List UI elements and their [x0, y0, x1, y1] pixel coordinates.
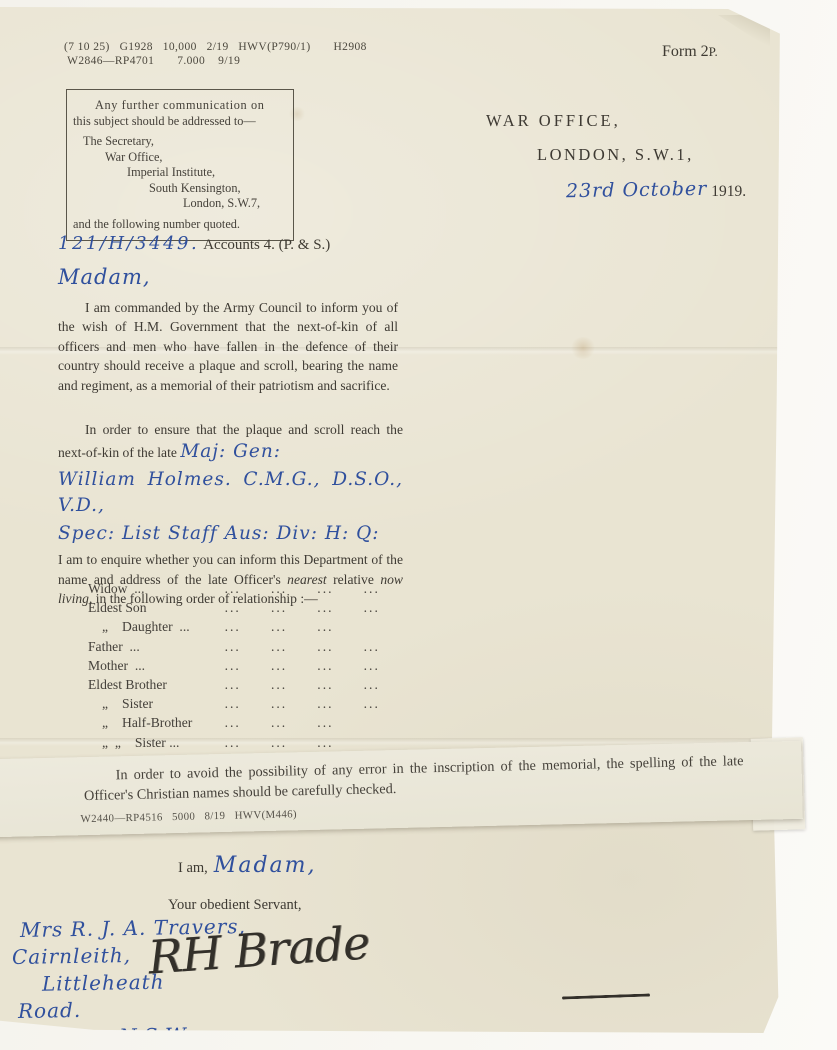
- dot-leader: ...: [271, 639, 317, 655]
- corner-fold: [718, 15, 770, 49]
- letterhead-city: LONDON, S.W.1,: [537, 145, 694, 165]
- dot-leader: ...: [364, 677, 410, 693]
- dot-leader: ...: [317, 581, 363, 597]
- address-line: Imperial Institute,: [73, 165, 289, 181]
- address-line: South Kensington,: [73, 181, 289, 197]
- dot-leader: ...: [317, 735, 363, 751]
- body-paragraph-1: I am commanded by the Army Council to in…: [58, 298, 398, 395]
- dot-leader: ...: [317, 696, 363, 712]
- paragraph-2-lead: In order to ensure that the plaque and s…: [58, 420, 403, 465]
- letterhead-office: WAR OFFICE,: [486, 111, 621, 131]
- relationship-row-eldest-sister: „Sister............: [88, 696, 410, 715]
- dot-leader: ...: [225, 658, 271, 674]
- date-line: 23rd October1919.: [566, 179, 746, 201]
- dot-leader: ...: [317, 715, 363, 731]
- reference-number-handwritten: 121/H/3449.: [58, 233, 199, 254]
- relationship-label: Eldest Son: [88, 600, 147, 615]
- salutation: Madam,: [58, 265, 151, 289]
- dot-leader: ...: [271, 658, 317, 674]
- dot-leader: ...: [364, 600, 410, 616]
- slip-print-code: W2440—RP4516 5000 8/19 HWV(M446): [80, 808, 297, 825]
- form-number-suffix: P.: [709, 44, 718, 59]
- relationship-row-widow: Widow ...............: [88, 581, 410, 600]
- ditto-mark: „ „: [88, 735, 135, 751]
- signature-flourish: [562, 993, 650, 999]
- dot-leader: ...: [225, 735, 271, 751]
- relationship-label: Sister ...: [135, 735, 180, 750]
- closing-servant: Your obedient Servant,: [168, 897, 301, 914]
- relationship-row-eldest-son: Eldest Son............: [88, 600, 410, 619]
- ditto-mark: „: [88, 696, 122, 712]
- relationship-row-half-brother: „Half-Brother.........: [88, 715, 410, 734]
- dot-leader: ...: [317, 600, 363, 616]
- dot-leader: ...: [364, 658, 410, 674]
- address-line: War Office,: [73, 150, 289, 166]
- print-codes: (7 10 25) G1928 10,000 2/19 HWV(P790/1) …: [64, 40, 367, 68]
- dot-leader: ...: [225, 696, 271, 712]
- dot-leader: ...: [364, 639, 410, 655]
- dot-leader: ...: [271, 677, 317, 693]
- dot-leader: ...: [271, 715, 317, 731]
- letter-sheet: (7 10 25) G1928 10,000 2/19 HWV(P790/1) …: [0, 7, 783, 1033]
- relationship-label: Daughter ...: [122, 619, 190, 634]
- officer-name-handwritten: William Holmes. C.M.G., D.S.O., V.D.,: [58, 467, 403, 519]
- letter-photograph: (7 10 25) G1928 10,000 2/19 HWV(P790/1) …: [0, 0, 837, 1050]
- print-code-line1: (7 10 25) G1928 10,000 2/19 HWV(P790/1) …: [64, 41, 367, 53]
- ditto-mark: „: [88, 619, 122, 635]
- dot-leader: ...: [225, 677, 271, 693]
- dot-leader: ...: [271, 696, 317, 712]
- dot-leader: ...: [225, 581, 271, 597]
- reference-line: 121/H/3449. Accounts 4. (P. & S.): [58, 233, 330, 254]
- dot-leader: ...: [225, 619, 271, 635]
- dot-leader: ...: [317, 619, 363, 635]
- relationship-order-list: Widow ............... Eldest Son........…: [88, 581, 410, 754]
- relationship-row-eldest-daughter: „Daughter ............: [88, 619, 410, 638]
- relationship-row-mother: Mother ...............: [88, 658, 410, 677]
- address-line: London, S.W.7,: [73, 196, 289, 212]
- form-number: Form 2P.: [662, 43, 718, 61]
- paper-stain: [570, 337, 596, 359]
- dot-leader: ...: [271, 581, 317, 597]
- address-line: The Secretary,: [73, 134, 289, 150]
- form-number-prefix: Form 2: [662, 43, 709, 60]
- ditto-mark: „: [88, 715, 122, 731]
- dot-leader: ...: [225, 600, 271, 616]
- relationship-label: Widow ...: [88, 581, 144, 596]
- recipient-city: Mosman, N.S.W.: [12, 1021, 246, 1050]
- closing-madam-handwritten: Madam,: [214, 853, 317, 878]
- slip-text: In order to avoid the possibility of any…: [83, 751, 744, 806]
- dot-leader: ...: [364, 581, 410, 597]
- date-handwritten: 23rd October: [566, 178, 708, 202]
- relationship-label: Half-Brother: [122, 715, 192, 730]
- relationship-row-eldest-brother: Eldest Brother............: [88, 677, 410, 696]
- address-line: this subject should be addressed to—: [73, 114, 289, 130]
- date-year: 1919.: [711, 183, 746, 200]
- dot-leader: ...: [271, 735, 317, 751]
- print-code-line2: W2846—RP4701 7.000 9/19: [64, 55, 240, 67]
- relationship-label: Eldest Brother: [88, 677, 167, 692]
- relationship-label: Father ...: [88, 639, 140, 654]
- relationship-label: Sister: [122, 696, 153, 711]
- dot-leader: ...: [317, 658, 363, 674]
- dot-leader: ...: [225, 715, 271, 731]
- dot-leader: ...: [364, 696, 410, 712]
- dot-leader: ...: [317, 639, 363, 655]
- dot-leader: ...: [225, 639, 271, 655]
- reference-department: Accounts 4. (P. & S.): [203, 237, 330, 253]
- return-address-box: Any further communication on this subjec…: [66, 89, 294, 241]
- dot-leader: ...: [317, 677, 363, 693]
- closing-i-am: I am,: [178, 860, 208, 876]
- address-line: Any further communication on: [73, 98, 289, 114]
- officer-rank-handwritten: Maj: Gen:: [180, 441, 281, 462]
- relationship-label: Mother ...: [88, 658, 145, 673]
- closing-line: I am,Madam,: [178, 853, 317, 878]
- address-line: and the following number quoted.: [73, 217, 289, 233]
- dot-leader: ...: [271, 619, 317, 635]
- dot-leader: ...: [271, 600, 317, 616]
- relationship-row-father: Father ...............: [88, 639, 410, 658]
- officer-unit-handwritten: Spec: List Staff Aus: Div: H: Q:: [58, 521, 403, 547]
- recipient-street-2: Road.: [18, 994, 246, 1025]
